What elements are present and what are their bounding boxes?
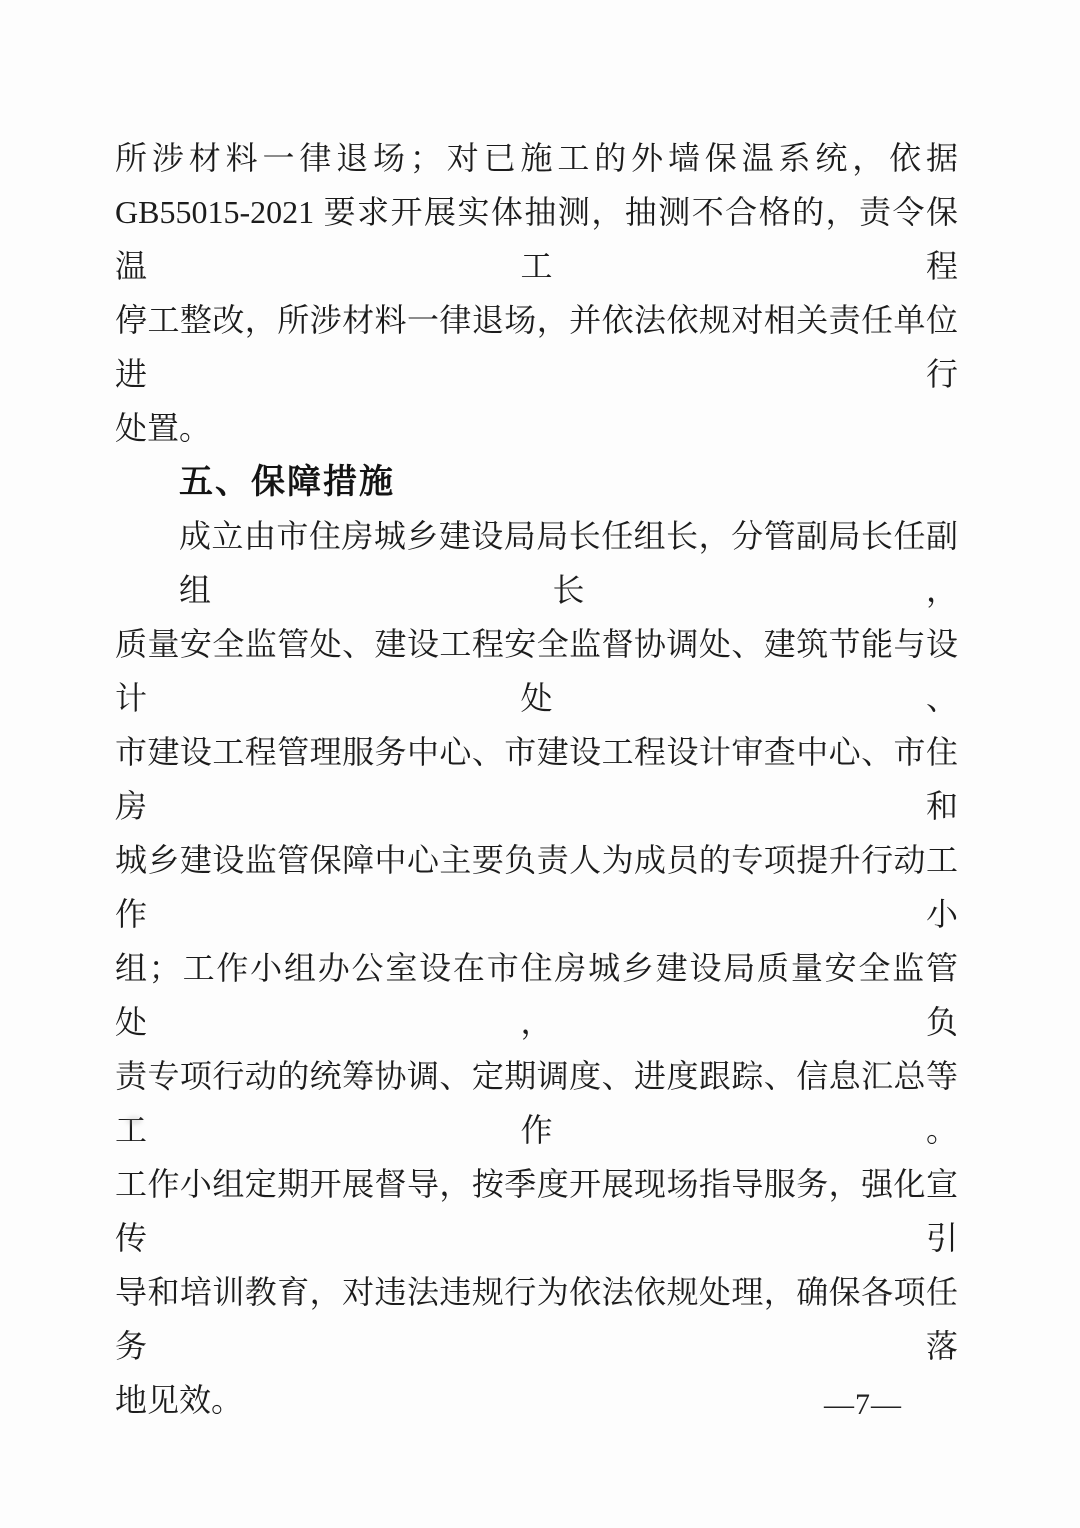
para-safeguard-measures-line-5: 组；工作小组办公室设在市住房城乡建设局质量安全监管处，负 (115, 941, 958, 1049)
document-body: 所涉材料一律退场；对已施工的外墙保温系统，依据GB55015-2021 要求开展… (115, 131, 958, 1427)
para-safeguard-measures-line-1: 成立由市住房城乡建设局局长任组长，分管副局长任副组长， (115, 509, 958, 617)
para-safeguard-measures-line-7: 工作小组定期开展督导，按季度开展现场指导服务，强化宣传引 (115, 1157, 958, 1265)
page-number: —7— (824, 1388, 902, 1422)
para-safeguard-measures-line-8: 导和培训教育，对违法违规行为依法依规处理，确保各项任务落 (115, 1265, 958, 1373)
scan-artifact (126, 1116, 142, 1125)
para-continuation-line-1: 所涉材料一律退场；对已施工的外墙保温系统，依据 (115, 131, 958, 185)
para-safeguard-measures-line-3: 市建设工程管理服务中心、市建设工程设计审查中心、市住房和 (115, 725, 958, 833)
section-heading-5-line-1: 五、保障措施 (115, 455, 958, 509)
document-page: 所涉材料一律退场；对已施工的外墙保温系统，依据GB55015-2021 要求开展… (0, 0, 1080, 1528)
para-safeguard-measures-line-2: 质量安全监管处、建设工程安全监督协调处、建筑节能与设计处、 (115, 617, 958, 725)
para-safeguard-measures-line-4: 城乡建设监管保障中心主要负责人为成员的专项提升行动工作小 (115, 833, 958, 941)
para-continuation-line-2: GB55015-2021 要求开展实体抽测，抽测不合格的，责令保温工程 (115, 185, 958, 293)
para-safeguard-measures-line-6: 责专项行动的统筹协调、定期调度、进度跟踪、信息汇总等工作。 (115, 1049, 958, 1157)
para-continuation-line-3: 停工整改，所涉材料一律退场，并依法依规对相关责任单位进行 (115, 293, 958, 401)
para-continuation-line-4: 处置。 (115, 401, 958, 455)
